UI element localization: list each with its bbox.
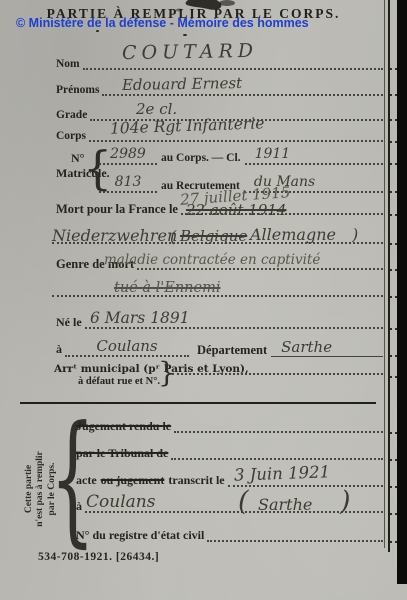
departement-value: Sarthe bbox=[271, 339, 383, 358]
acte-label-end: transcrit le bbox=[168, 474, 224, 488]
field-transcription: acte ou jugement transcrit le bbox=[76, 475, 383, 488]
matricule-corps-row: 2989 au Corps. — Cl. 1911 bbox=[99, 152, 383, 165]
mort-paren-open: ( bbox=[170, 229, 176, 245]
naissance-value: 6 Mars 1891 bbox=[90, 311, 190, 327]
arrondissement-leader-row bbox=[172, 366, 383, 376]
civil-a-label: à bbox=[76, 500, 82, 514]
acte-label-crossed: ou jugement bbox=[101, 474, 165, 488]
edge-stub bbox=[390, 66, 397, 70]
edge-stub bbox=[390, 539, 397, 543]
edge-stub bbox=[390, 189, 397, 193]
grade-value: 2e cl. bbox=[136, 102, 177, 117]
side-note-line: n'est pas à remplir bbox=[35, 421, 46, 557]
edge-stub bbox=[390, 139, 397, 143]
commune-value: Coulans bbox=[65, 338, 189, 358]
field-tribunal: par le Tribunal de bbox=[76, 448, 383, 461]
arrondissement-label2: à défaut rue et N°. bbox=[78, 376, 160, 388]
edge-stub bbox=[390, 92, 397, 96]
edge-stub bbox=[390, 511, 397, 515]
mort-lieu-value: Niederzwehren bbox=[52, 228, 177, 244]
registre-label: N° du registre d'état civil bbox=[76, 529, 204, 543]
au-corps-label: au Corps. — Cl. bbox=[161, 152, 241, 165]
jugement-leader bbox=[174, 429, 383, 433]
edge-stub bbox=[390, 457, 397, 461]
corps-label: Corps bbox=[56, 130, 86, 143]
prenoms-label: Prénoms bbox=[56, 84, 99, 97]
imprint: 534-708-1921. [26434.] bbox=[38, 551, 159, 563]
naissance-label: Né le bbox=[56, 316, 82, 330]
civil-commune-value: Coulans bbox=[86, 494, 155, 511]
civil-paren-open: ( bbox=[238, 488, 249, 515]
edge-stub bbox=[390, 161, 397, 165]
nom-value: COUTARD bbox=[122, 42, 258, 63]
card-edge-line-inner bbox=[384, 0, 385, 548]
nom-label: Nom bbox=[56, 58, 80, 71]
scan-black-band bbox=[397, 0, 407, 584]
card-edge-line-outer bbox=[388, 0, 390, 552]
genre-mort-value: maladie contractée en captivité bbox=[104, 254, 320, 268]
matricule-recrutement-value: 813 bbox=[99, 175, 157, 193]
ink-speck bbox=[183, 34, 187, 36]
field-commune: à Coulans Département Sarthe bbox=[56, 343, 383, 357]
field-jugement: Jugement rendu le bbox=[76, 421, 383, 434]
mort-date-crossed: 22 août 1914 bbox=[186, 203, 286, 218]
departement-label: Département bbox=[197, 343, 267, 357]
edge-stub bbox=[390, 484, 397, 488]
mort-paren-close: ) bbox=[352, 227, 358, 243]
mort-pays-crossed: Belgique bbox=[180, 229, 247, 244]
mort-pays-value: Allemagne bbox=[250, 227, 336, 243]
arrondissement-leader bbox=[172, 371, 383, 375]
side-note-line: Cette partie bbox=[24, 421, 35, 557]
death-record-card: PARTIE À REMPLIR PAR LE CORPS. © Ministè… bbox=[0, 0, 407, 600]
grade-label: Grade bbox=[56, 109, 87, 122]
civil-paren-close: ) bbox=[340, 488, 351, 515]
tribunal-label: par le Tribunal de bbox=[76, 447, 168, 461]
edge-stub bbox=[390, 267, 397, 271]
registre-leader bbox=[207, 538, 383, 542]
classe-value: 1911 bbox=[245, 147, 383, 165]
edge-stub bbox=[390, 117, 397, 121]
field-registre: N° du registre d'état civil bbox=[76, 530, 383, 543]
prenoms-value: Edouard Ernest bbox=[122, 76, 242, 93]
matricule-corps-value: 2989 bbox=[99, 147, 157, 165]
tribunal-leader bbox=[171, 456, 383, 460]
edge-stub bbox=[390, 374, 397, 378]
genre-mort-crossed: tué à l'Ennemi bbox=[114, 281, 220, 296]
acte-label-start: acte bbox=[76, 474, 97, 488]
edge-stub bbox=[390, 212, 397, 216]
civil-departement-value: Sarthe bbox=[258, 497, 312, 513]
edge-stub bbox=[390, 294, 397, 298]
transcription-date: 3 Juin 1921 bbox=[234, 464, 331, 484]
watermark: © Ministère de la défense - Mémoire des … bbox=[16, 16, 309, 30]
edge-stub bbox=[390, 353, 397, 357]
commune-a-label: à bbox=[56, 343, 62, 357]
nom-leader bbox=[83, 66, 383, 70]
edge-stub bbox=[390, 430, 397, 434]
jugement-label: Jugement rendu le bbox=[76, 420, 171, 434]
corps-leader bbox=[89, 138, 383, 142]
ink-speck bbox=[96, 30, 99, 32]
edge-stub bbox=[390, 241, 397, 245]
mort-label: Mort pour la France le bbox=[56, 202, 178, 216]
edge-stub bbox=[390, 326, 397, 330]
